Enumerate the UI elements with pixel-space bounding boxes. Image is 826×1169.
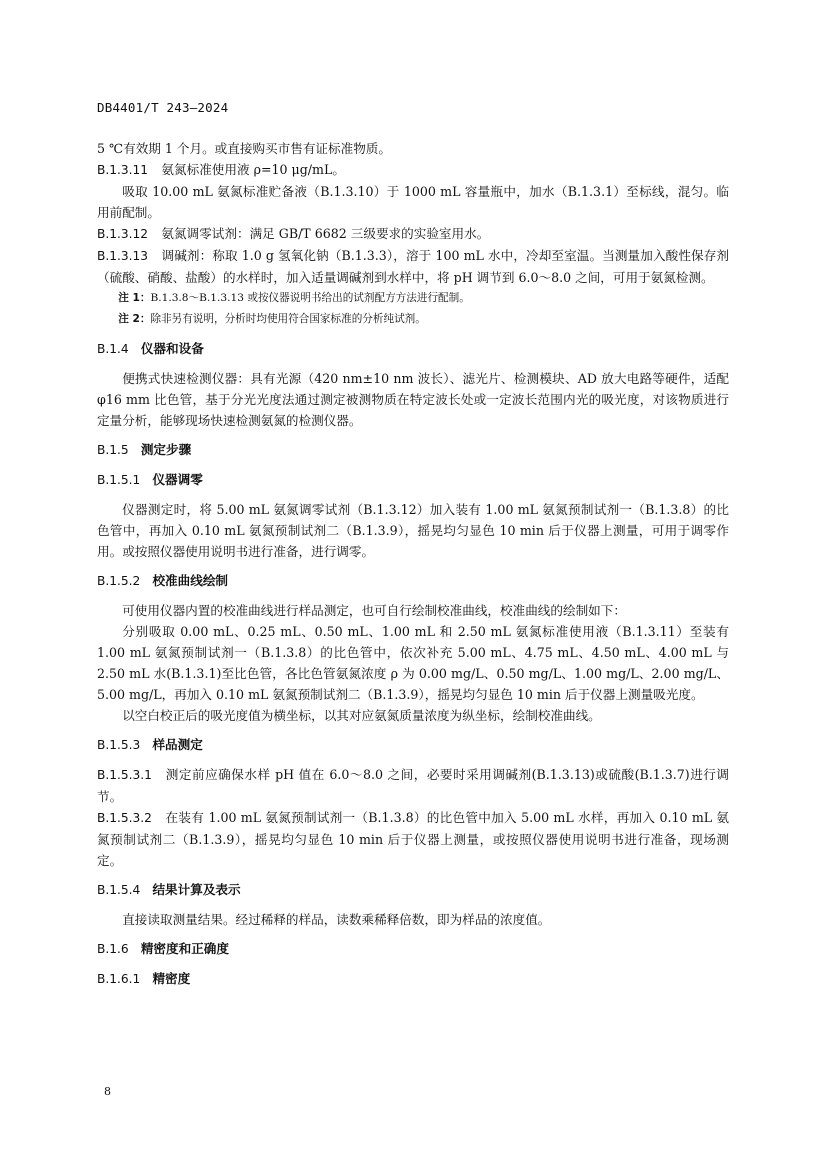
heading-number: B.1.6.1: [97, 972, 140, 986]
heading-number: B.1.5.4: [97, 883, 140, 897]
clause-b1532: B.1.5.3.2在装有 1.00 mL 氨氮预制试剂一（B.1.3.8）的比色…: [97, 807, 729, 871]
paragraph-b152-2: 分别吸取 0.00 mL、0.25 mL、0.50 mL、1.00 mL 和 2…: [97, 621, 729, 705]
note-text: 除非另有说明，分析时均使用符合国家标准的分析纯试剂。: [150, 313, 425, 325]
note-label: 注 2：: [118, 313, 150, 325]
note-2: 注 2：除非另有说明，分析时均使用符合国家标准的分析纯试剂。: [97, 309, 729, 330]
heading-title: 精密度: [152, 971, 190, 986]
heading-b151: B.1.5.1仪器调零: [97, 469, 729, 491]
clause-text: 调碱剂：称取 1.0 g 氢氧化钠（B.1.3.3），溶于 100 mL 水中，…: [97, 248, 729, 285]
heading-b153: B.1.5.3样品测定: [97, 734, 729, 756]
heading-title: 结果计算及表示: [152, 882, 240, 897]
heading-b161: B.1.6.1精密度: [97, 968, 729, 990]
heading-b16: B.1.6精密度和正确度: [97, 938, 729, 960]
heading-b15: B.1.5测定步骤: [97, 439, 729, 461]
page-number: 8: [104, 1085, 111, 1098]
heading-title: 校准曲线绘制: [152, 573, 228, 588]
heading-number: B.1.5.2: [97, 574, 140, 588]
heading-b154: B.1.5.4结果计算及表示: [97, 879, 729, 901]
note-label: 注 1：: [118, 292, 150, 304]
clause-text: 在装有 1.00 mL 氨氮预制试剂一（B.1.3.8）的比色管中加入 5.00…: [97, 810, 729, 868]
heading-title: 精密度和正确度: [141, 941, 229, 956]
heading-number: B.1.5.3: [97, 738, 140, 752]
heading-number: B.1.4: [97, 342, 129, 356]
heading-title: 仪器和设备: [141, 341, 204, 356]
clause-text: 氨氮标准使用液 ρ=10 μg/mL。: [161, 162, 345, 177]
paragraph-continuation: 5 ℃有效期 1 个月。或直接购买市售有证标准物质。: [97, 138, 729, 159]
clause-text: 测定前应确保水样 pH 值在 6.0～8.0 之间，必要时采用调碱剂(B.1.3…: [97, 767, 729, 804]
clause-b1531: B.1.5.3.1测定前应确保水样 pH 值在 6.0～8.0 之间，必要时采用…: [97, 764, 729, 807]
document-page: DB4401/T 243—2024 5 ℃有效期 1 个月。或直接购买市售有证标…: [0, 0, 826, 1169]
heading-number: B.1.5.1: [97, 473, 140, 487]
heading-b152: B.1.5.2校准曲线绘制: [97, 570, 729, 592]
document-id-header: DB4401/T 243—2024: [97, 100, 228, 115]
clause-number: B.1.5.3.2: [97, 811, 152, 825]
clause-text: 氨氮调零试剂：满足 GB/T 6682 三级要求的实验室用水。: [161, 226, 489, 241]
clause-number: B.1.3.13: [97, 249, 148, 263]
clause-b1311: B.1.3.11氨氮标准使用液 ρ=10 μg/mL。: [97, 159, 729, 181]
heading-number: B.1.6: [97, 942, 129, 956]
clause-number: B.1.3.12: [97, 227, 148, 241]
clause-number: B.1.3.11: [97, 163, 148, 177]
heading-title: 样品测定: [152, 737, 202, 752]
paragraph-b152-1: 可使用仪器内置的校准曲线进行样品测定，也可自行绘制校准曲线，校准曲线的绘制如下：: [97, 600, 729, 621]
note-1: 注 1：B.1.3.8～B.1.3.13 或按仪器说明书给出的试剂配方方法进行配…: [97, 288, 729, 309]
paragraph-b14: 便携式快速检测仪器：具有光源（420 nm±10 nm 波长）、滤光片、检测模块…: [97, 368, 729, 431]
heading-title: 测定步骤: [141, 442, 191, 457]
paragraph-b1311: 吸取 10.00 mL 氨氮标准贮备液（B.1.3.10）于 1000 mL 容…: [97, 181, 729, 223]
heading-title: 仪器调零: [152, 472, 202, 487]
clause-b1312: B.1.3.12氨氮调零试剂：满足 GB/T 6682 三级要求的实验室用水。: [97, 223, 729, 245]
paragraph-b152-3: 以空白校正后的吸光度值为横坐标，以其对应氨氮质量浓度为纵坐标，绘制校准曲线。: [97, 705, 729, 726]
clause-b1313: B.1.3.13调碱剂：称取 1.0 g 氢氧化钠（B.1.3.3），溶于 10…: [97, 245, 729, 288]
heading-b14: B.1.4仪器和设备: [97, 338, 729, 360]
paragraph-b151: 仪器测定时，将 5.00 mL 氨氮调零试剂（B.1.3.12）加入装有 1.0…: [97, 499, 729, 562]
paragraph-b154: 直接读取测量结果。经过稀释的样品，读数乘稀释倍数，即为样品的浓度值。: [97, 909, 729, 930]
note-text: B.1.3.8～B.1.3.13 或按仪器说明书给出的试剂配方方法进行配制。: [150, 292, 469, 304]
heading-number: B.1.5: [97, 443, 129, 457]
document-body: 5 ℃有效期 1 个月。或直接购买市售有证标准物质。 B.1.3.11氨氮标准使…: [97, 138, 729, 998]
clause-number: B.1.5.3.1: [97, 768, 152, 782]
